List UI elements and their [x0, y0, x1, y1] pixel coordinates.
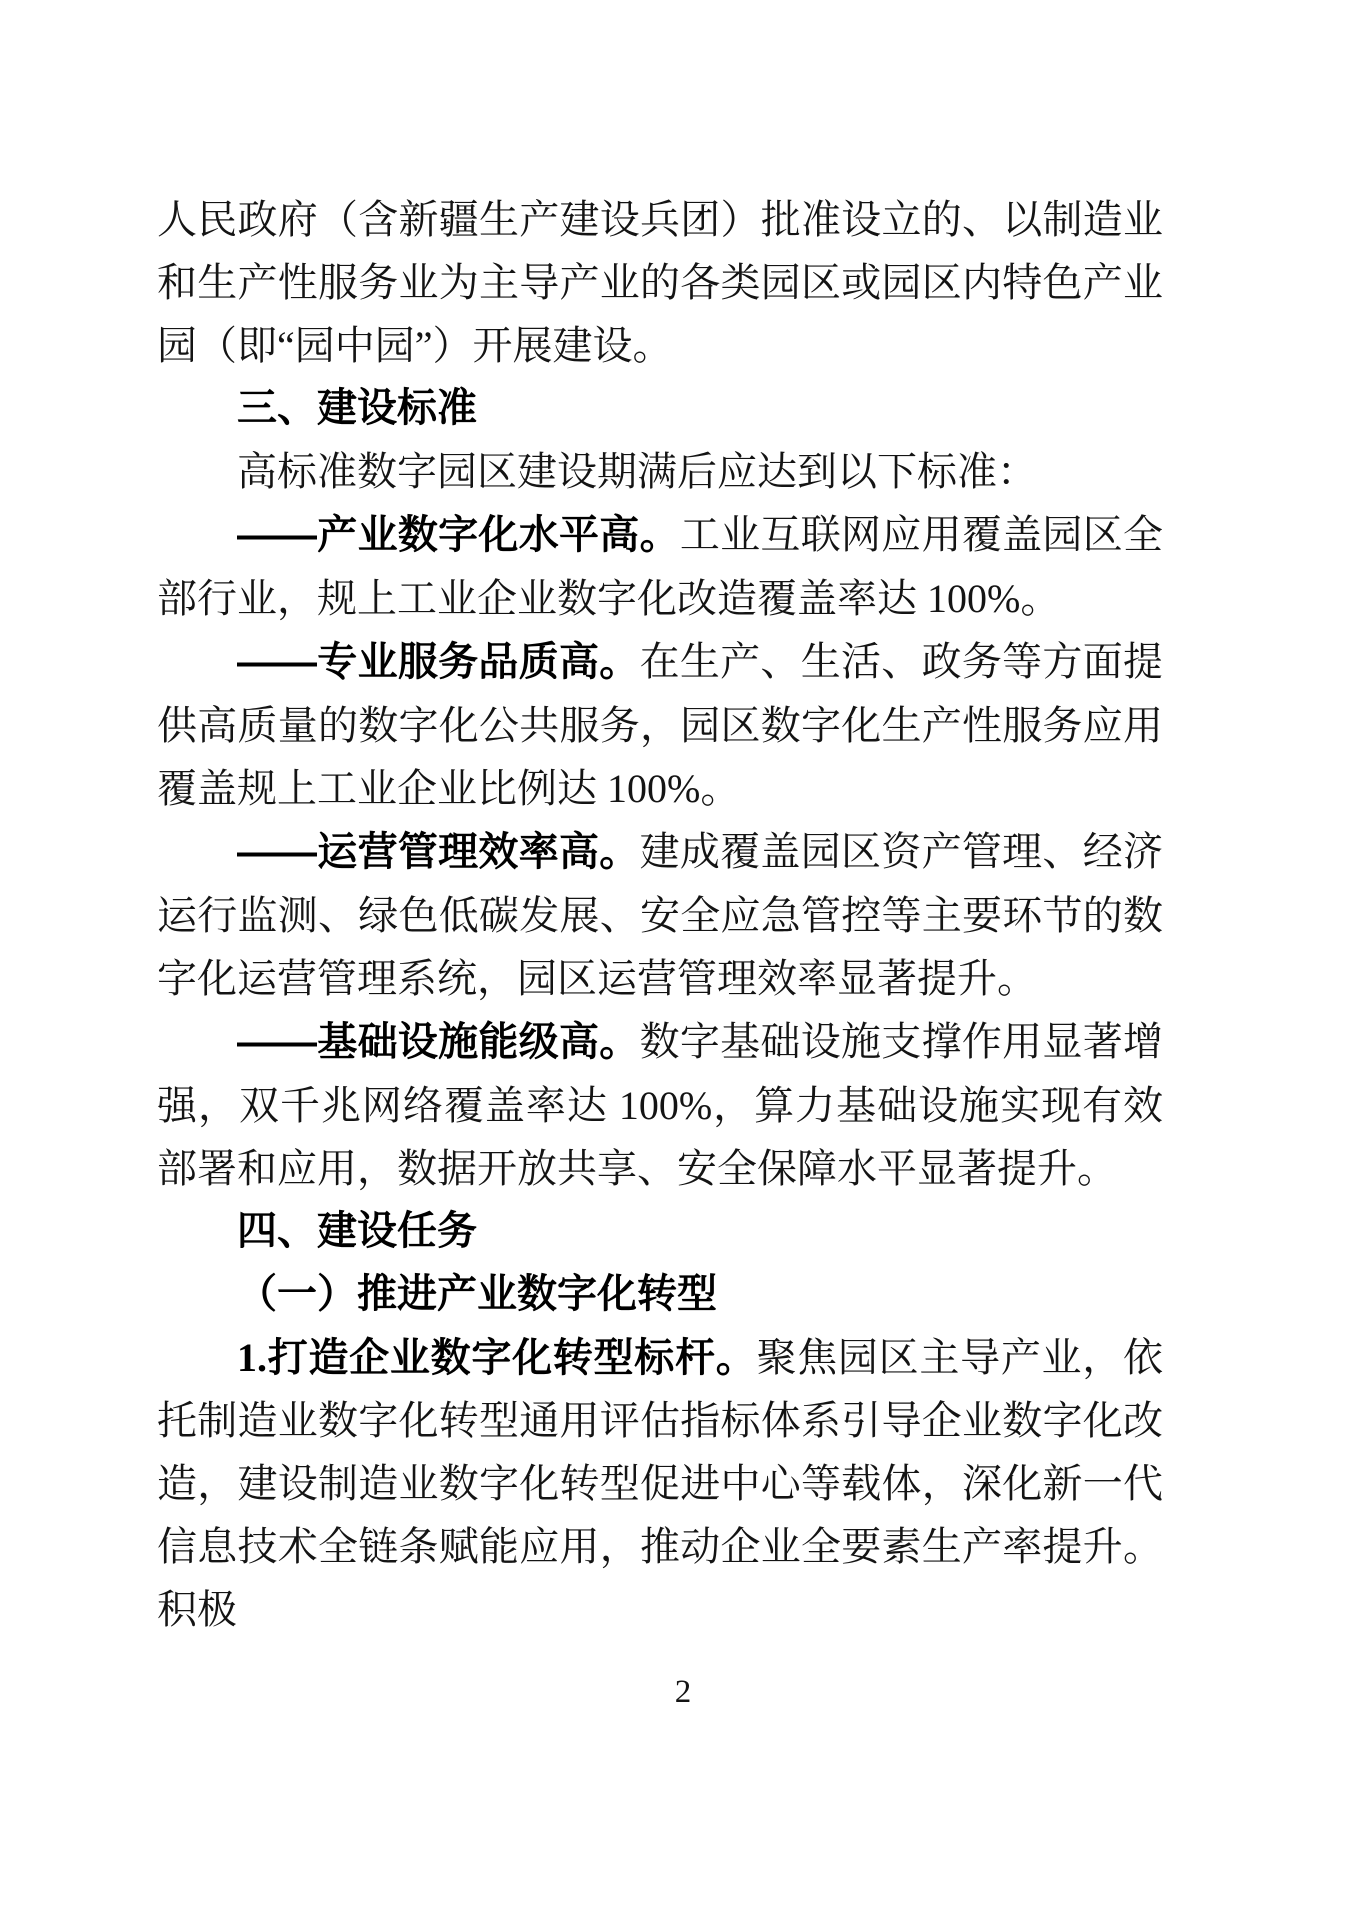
paragraph-standards-intro: 高标准数字园区建设期满后应达到以下标准： — [157, 440, 1163, 503]
paragraph-task-1: 1.打造企业数字化转型标杆。聚焦园区主导产业，依托制造业数字化转型通用评估指标体… — [157, 1326, 1163, 1641]
paragraph-standard-service-quality: ——专业服务品质高。在生产、生活、政务等方面提供高质量的数字化公共服务，园区数字… — [157, 630, 1163, 820]
section-heading-3: 三、建设标准 — [157, 377, 1163, 440]
standard-industry-digitalization-lead: ——产业数字化水平高。 — [237, 513, 680, 557]
subsection-heading-1: （一）推进产业数字化转型 — [157, 1263, 1163, 1326]
standard-operation-efficiency-lead: ——运营管理效率高。 — [237, 830, 640, 874]
section-heading-4: 四、建设任务 — [157, 1200, 1163, 1263]
paragraph-standard-operation-efficiency: ——运营管理效率高。建成覆盖园区资产管理、经济运行监测、绿色低碳发展、安全应急管… — [157, 820, 1163, 1010]
page-number: 2 — [0, 1672, 1366, 1712]
standard-infrastructure-level-lead: ——基础设施能级高。 — [237, 1020, 640, 1064]
document-page: 人民政府（含新疆生产建设兵团）批准设立的、以制造业和生产性服务业为主导产业的各类… — [0, 0, 1366, 1932]
paragraph-standard-infrastructure-level: ——基础设施能级高。数字基础设施支撑作用显著增强，双千兆网络覆盖率达 100%，… — [157, 1010, 1163, 1200]
task-1-lead: 1.打造企业数字化转型标杆。 — [237, 1335, 756, 1380]
paragraph-standard-industry-digitalization: ——产业数字化水平高。工业互联网应用覆盖园区全部行业，规上工业企业数字化改造覆盖… — [157, 503, 1163, 630]
standard-service-quality-lead: ——专业服务品质高。 — [237, 640, 640, 684]
paragraph-continuation: 人民政府（含新疆生产建设兵团）批准设立的、以制造业和生产性服务业为主导产业的各类… — [157, 188, 1163, 377]
